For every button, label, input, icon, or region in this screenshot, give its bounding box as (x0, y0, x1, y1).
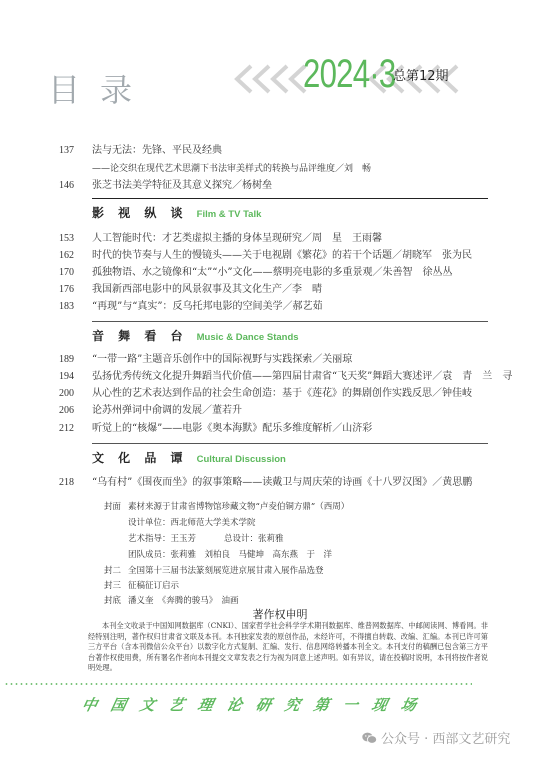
section-divider (92, 321, 488, 322)
article-title: “一带一路”主题音乐创作中的国际视野与实践探索／关丽琼 (92, 352, 352, 368)
toc-entry[interactable]: 212 听觉上的“核爆”——电影《奥本海默》配乐多维度解析／山济彩 (0, 421, 560, 437)
page-number: 146 (59, 178, 74, 194)
page-number: 153 (59, 231, 74, 247)
team-members: 团队成员：张莉雅 刘柏良 马健坤 高东燕 于 洋 (128, 548, 332, 562)
article-title: 张芝书法美学特征及其意义探究／杨树垒 (92, 178, 272, 194)
dotted-divider (4, 683, 472, 685)
cover-inside-back-label: 封三 (104, 579, 121, 593)
article-title: 时代的快节奏与人生的慢镜头——关于电视剧《繁花》的若干个话题／胡晓军 张为民 (92, 248, 472, 264)
page-number: 206 (59, 403, 74, 419)
page-number: 162 (59, 248, 74, 264)
page-number: 183 (59, 299, 74, 315)
toc-entry[interactable]: 206 论苏州弹词中俞调的发展／董若升 (0, 403, 560, 419)
design-unit: 设计单位：西北师范大学美术学院 (128, 516, 256, 530)
article-title: 从心性的艺术表达到作品的社会生命创造：基于《莲花》的舞剧创作实践反思／钟佳岐 (92, 386, 472, 402)
toc-entry[interactable]: 153 人工智能时代：才艺类虚拟主播的身体呈现研究／周 星 王雨馨 (0, 231, 560, 247)
toc-entry[interactable]: 200 从心性的艺术表达到作品的社会生命创造：基于《莲花》的舞剧创作实践反思／钟… (0, 386, 560, 402)
wechat-icon (362, 732, 377, 744)
article-title: “乌有村”《围夜而坐》的叙事策略——读戴卫与周庆荣的诗画《十八罗汉图》／黄思鹏 (92, 475, 472, 491)
page-number: 170 (59, 265, 74, 281)
section-title-en: Film & TV Talk (197, 209, 262, 220)
article-title: 我国新西部电影中的风景叙事及其文化生产／李 晴 (92, 282, 322, 298)
section-header-cultural: 文 化 品 谭 Cultural Discussion (92, 448, 286, 466)
section-header-film-tv: 影 视 纵 谈 Film & TV Talk (92, 203, 261, 221)
cover-front-text: 素材来源于甘肃省博物馆珍藏文物“卢夌伯铜方鼎”（西周） (128, 500, 349, 514)
article-title: 孤独物语、水之镜像和“太”“小”文化——蔡明亮电影的多重景观／朱善智 徐丛丛 (92, 265, 452, 281)
copyright-body: 本刊全文收录于中国知网数据库（CNKI）、国家哲学社会科学学术期刊数据库、维普网… (88, 621, 488, 674)
section-divider (92, 198, 488, 199)
toc-entry-subtitle: ——论交织在现代艺术思潮下书法审美样式的转换与品评维度／刘 畅 (0, 161, 560, 177)
watermark: 公众号 · 西部文艺研究 (362, 728, 510, 747)
toc-entry[interactable]: 170 孤独物语、水之镜像和“太”“小”文化——蔡明亮电影的多重景观／朱善智 徐… (0, 265, 560, 281)
toc-entry[interactable]: 183 “再现”与“真实”：反乌托邦电影的空间美学／郝艺茹 (0, 299, 560, 315)
section-title-cn: 音 舞 看 台 (92, 329, 188, 343)
watermark-text: 公众号 · 西部文艺研究 (381, 728, 510, 747)
page-number: 189 (59, 352, 74, 368)
article-subtitle: ——论交织在现代艺术思潮下书法审美样式的转换与品评维度／刘 畅 (92, 161, 371, 177)
section-title-en: Music & Dance Stands (197, 332, 299, 343)
cover-inside-back-text: 征稿征订启示 (128, 579, 179, 593)
chief-designer: 总设计：张莉雅 (224, 532, 284, 546)
article-title: 法与无法：先锋、平民及经典 (92, 143, 222, 159)
cover-front-label: 封面 (104, 500, 121, 514)
toc-entry[interactable]: 137 法与无法：先锋、平民及经典 (0, 143, 560, 159)
page-title: 目录 (48, 65, 152, 111)
cover-inside-front-text: 全国第十三届书法篆刻展览进京展甘肃入展作品选登 (128, 564, 324, 578)
toc-entry[interactable]: 194 弘扬优秀传统文化提升舞蹈当代价值——第四届甘肃省“飞天奖”舞蹈大赛述评／… (0, 369, 560, 385)
section-divider (92, 443, 488, 444)
issue-year: 2024·3 (303, 52, 395, 96)
article-title: 弘扬优秀传统文化提升舞蹈当代价值——第四届甘肃省“飞天奖”舞蹈大赛述评／袁 青 … (92, 369, 512, 385)
page-number: 137 (59, 143, 74, 159)
copyright-title: 著作权申明 (0, 606, 560, 622)
section-title-cn: 影 视 纵 谈 (92, 206, 188, 220)
issue-number: 总第12期 (393, 65, 449, 84)
article-title: 听觉上的“核爆”——电影《奥本海默》配乐多维度解析／山济彩 (92, 421, 372, 437)
toc-entry[interactable]: 218 “乌有村”《围夜而坐》的叙事策略——读戴卫与周庆荣的诗画《十八罗汉图》／… (0, 475, 560, 491)
article-title: “再现”与“真实”：反乌托邦电影的空间美学／郝艺茹 (92, 299, 322, 315)
page-number: 218 (59, 475, 74, 491)
page-number: 194 (59, 369, 74, 385)
toc-entry[interactable]: 162 时代的快节奏与人生的慢镜头——关于电视剧《繁花》的若干个话题／胡晓军 张… (0, 248, 560, 264)
toc-entry[interactable]: 146 张芝书法美学特征及其意义探究／杨树垒 (0, 178, 560, 194)
page-number: 176 (59, 282, 74, 298)
toc-entry[interactable]: 176 我国新西部电影中的风景叙事及其文化生产／李 晴 (0, 282, 560, 298)
article-title: 人工智能时代：才艺类虚拟主播的身体呈现研究／周 星 王雨馨 (92, 231, 382, 247)
section-title-en: Cultural Discussion (197, 454, 286, 465)
cover-inside-front-label: 封二 (104, 564, 121, 578)
slogan: 中国文艺理论研究第一现场 (80, 694, 432, 715)
art-director: 艺术指导：王玉芳 (128, 532, 196, 546)
section-title-cn: 文 化 品 谭 (92, 451, 188, 465)
section-header-music-dance: 音 舞 看 台 Music & Dance Stands (92, 326, 299, 344)
article-title: 论苏州弹词中俞调的发展／董若升 (92, 403, 242, 419)
toc-entry[interactable]: 189 “一带一路”主题音乐创作中的国际视野与实践探索／关丽琼 (0, 352, 560, 368)
page-number: 212 (59, 421, 74, 437)
page-number: 200 (59, 386, 74, 402)
